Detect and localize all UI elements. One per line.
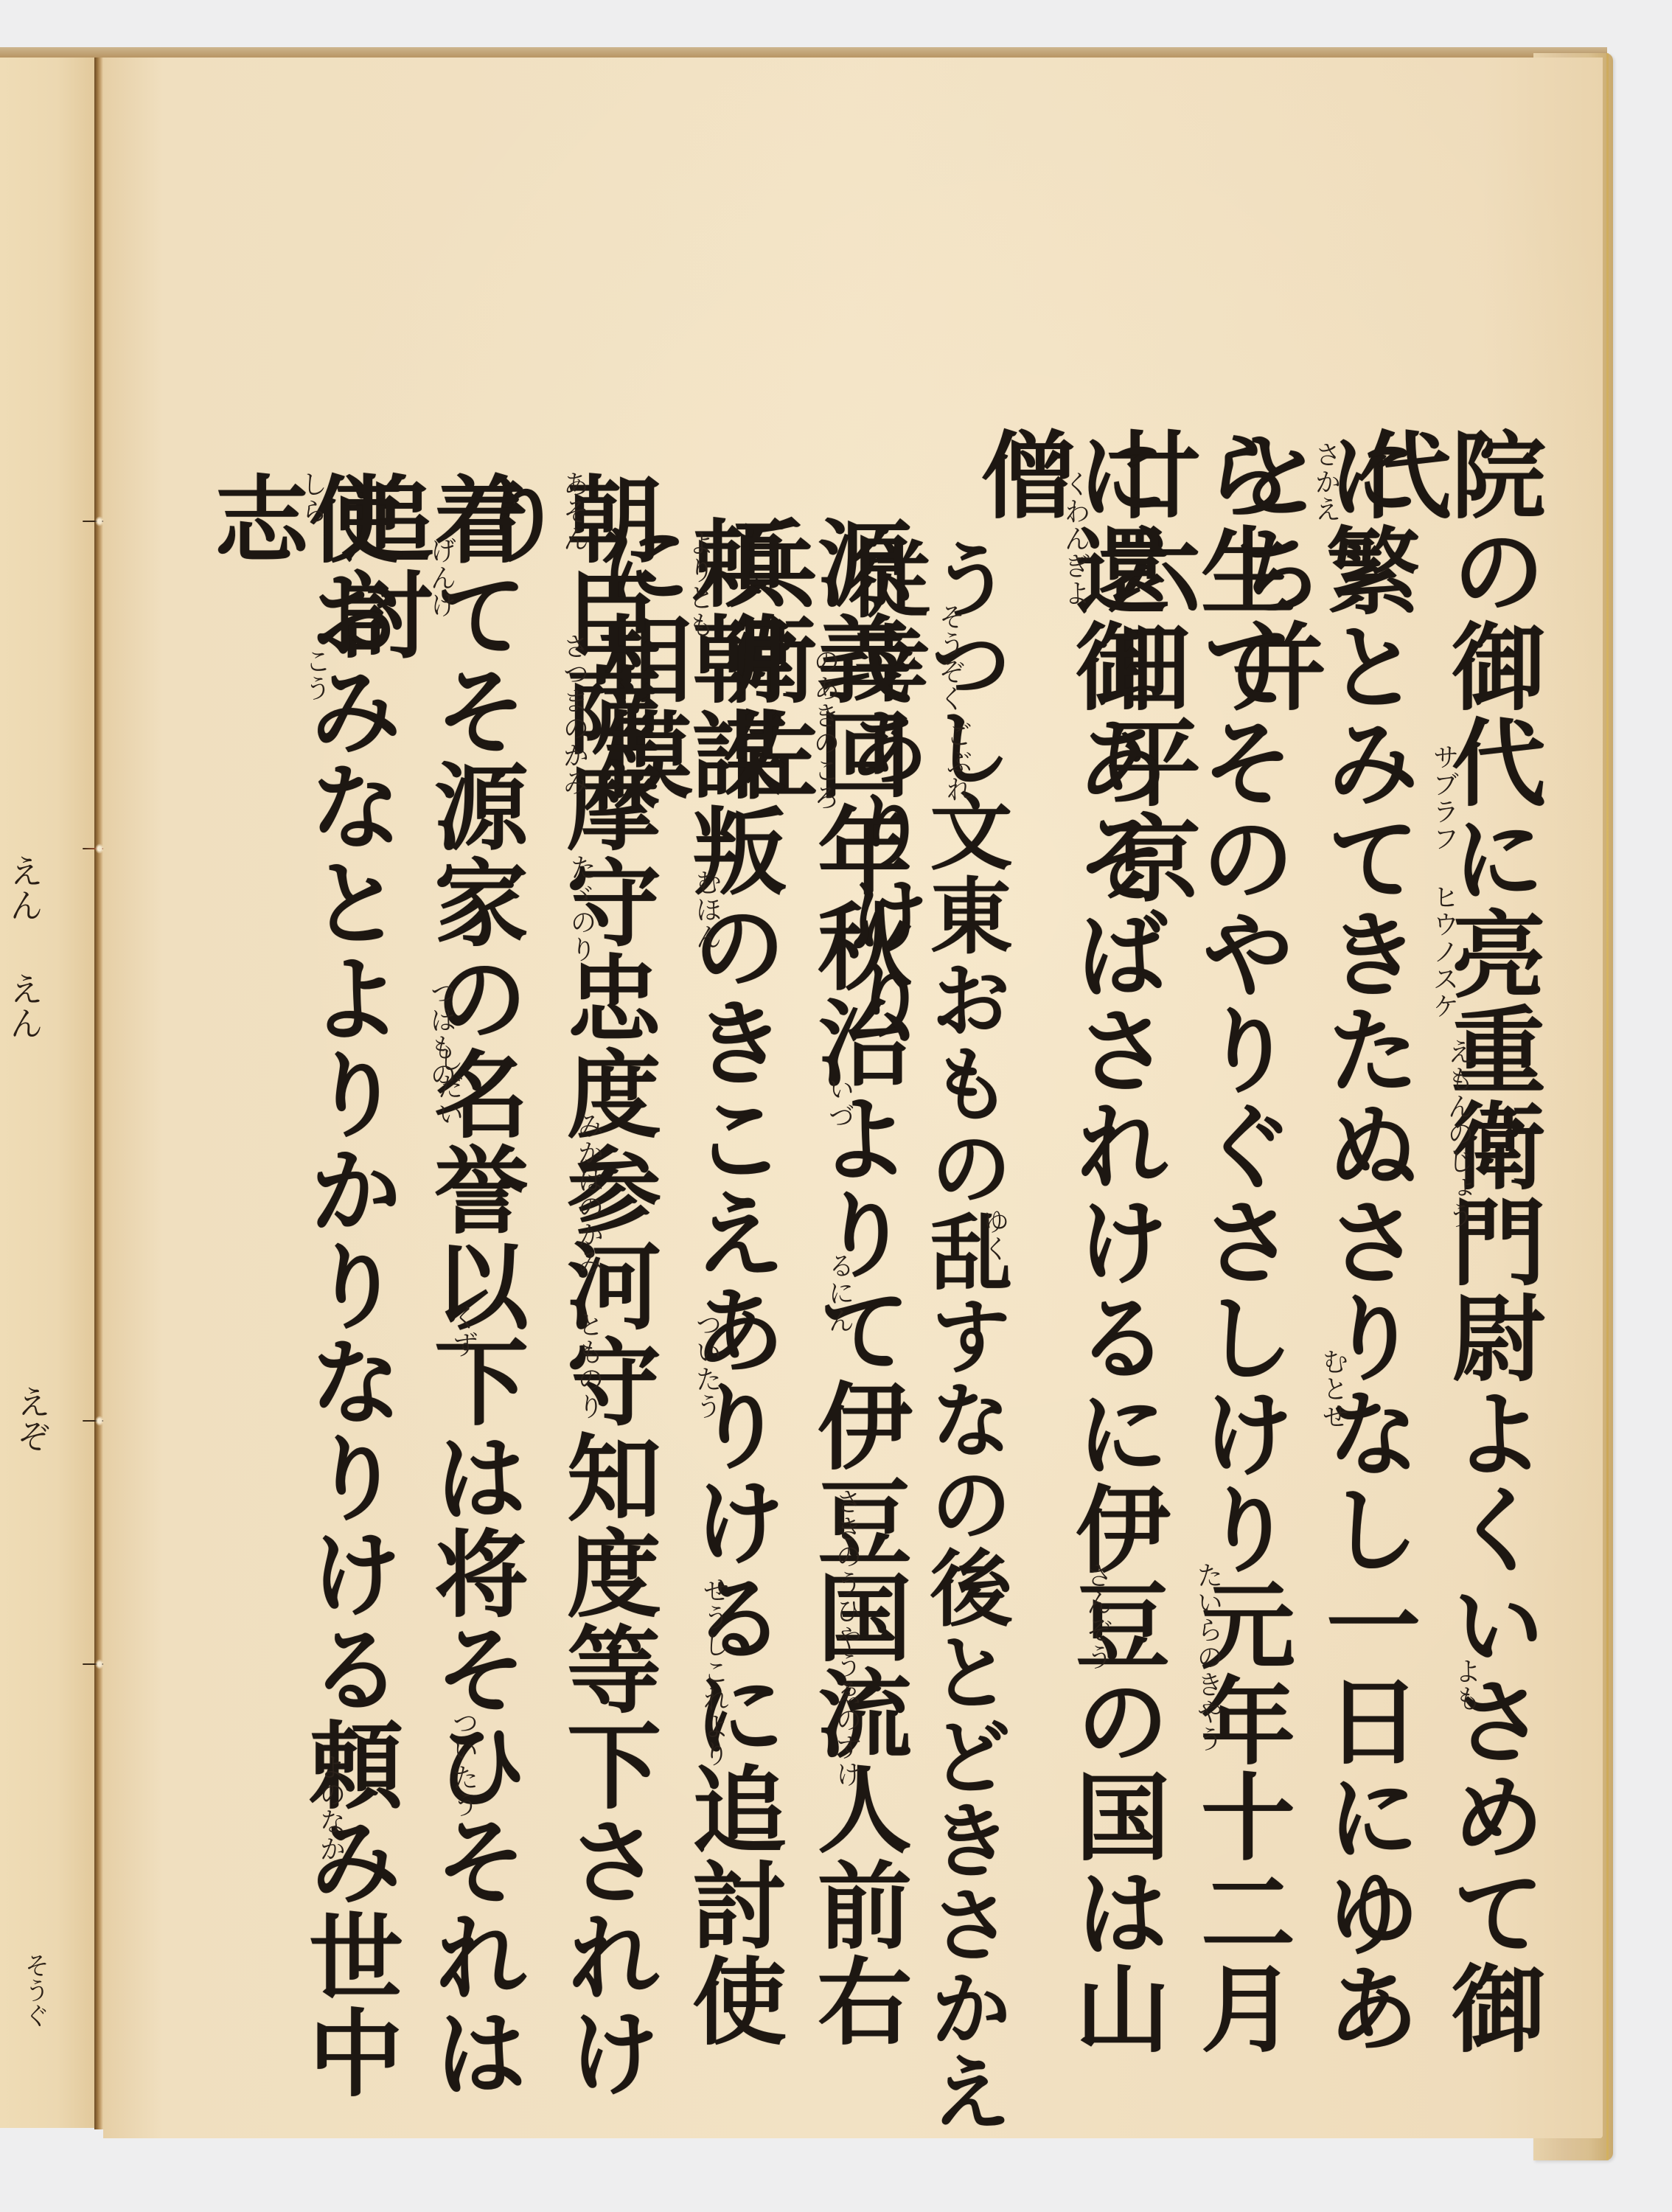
furigana: とものり: [575, 1311, 602, 1420]
furigana: そうぞく: [936, 603, 963, 712]
left-page: えん えん えぞ そうぐ: [0, 58, 94, 2128]
furigana: のあきのころ: [811, 647, 837, 811]
furigana: むとせ: [1320, 1348, 1346, 1430]
left-page-fragment-text: えぞ: [15, 1385, 49, 1453]
furigana: むほん: [693, 869, 720, 950]
furigana: ついたう: [450, 1709, 476, 1818]
left-page-fragment-text: えん: [7, 854, 41, 922]
furigana: よりとも: [686, 529, 712, 639]
furigana: さかえ: [1312, 441, 1339, 523]
furigana: たゞのり: [568, 854, 594, 963]
furigana: みかはのかみ: [575, 1112, 602, 1276]
furigana: さんぞう: [1084, 1562, 1110, 1671]
furigana: せうしこれより: [700, 1576, 727, 1767]
spine-gutter: [94, 58, 103, 2129]
open-book: えん えん えぞ そうぐ 院の御代に亮重衛門尉よくいさめて御代 サブラフ ヒウノ…: [0, 47, 1614, 2163]
furigana: いづ: [826, 1075, 852, 1130]
furigana: ゆく: [980, 1208, 1007, 1262]
furigana: えもんのじょう: [1445, 1038, 1471, 1229]
furigana: くわんぎよ: [1062, 470, 1088, 607]
book-top-edge: [0, 47, 1607, 58]
furigana: げんけ: [428, 537, 454, 619]
furigana: さきのうひやうゑのすけ: [833, 1488, 860, 1788]
furigana: たいらのきやう: [1194, 1562, 1221, 1753]
furigana: しだい: [435, 1046, 461, 1127]
furigana: よも: [1452, 1658, 1479, 1712]
furigana: こう: [302, 647, 329, 702]
furigana: ついたう: [693, 1311, 720, 1420]
right-page: 院の御代に亮重衛門尉よくいさめて御代 サブラフ ヒウノスケ えもんのじょう よも…: [103, 58, 1603, 2138]
furigana: くず: [450, 1304, 476, 1358]
text-column-10: 使おみなとよりかりなりける頼み世中志: [206, 470, 395, 2138]
furigana: サブラフ ヒウノスケ: [1430, 743, 1457, 1020]
furigana: よのなか: [317, 1753, 344, 1863]
furigana: あそん: [560, 470, 587, 552]
left-page-fragment-text: えん: [7, 972, 41, 1040]
furigana: ごぶれ: [944, 721, 970, 803]
furigana: るにん: [826, 1252, 852, 1334]
left-page-fragment-text: そうぐ: [22, 1952, 47, 2028]
furigana: さつまのかみ: [560, 633, 587, 796]
furigana: しら: [299, 470, 325, 525]
